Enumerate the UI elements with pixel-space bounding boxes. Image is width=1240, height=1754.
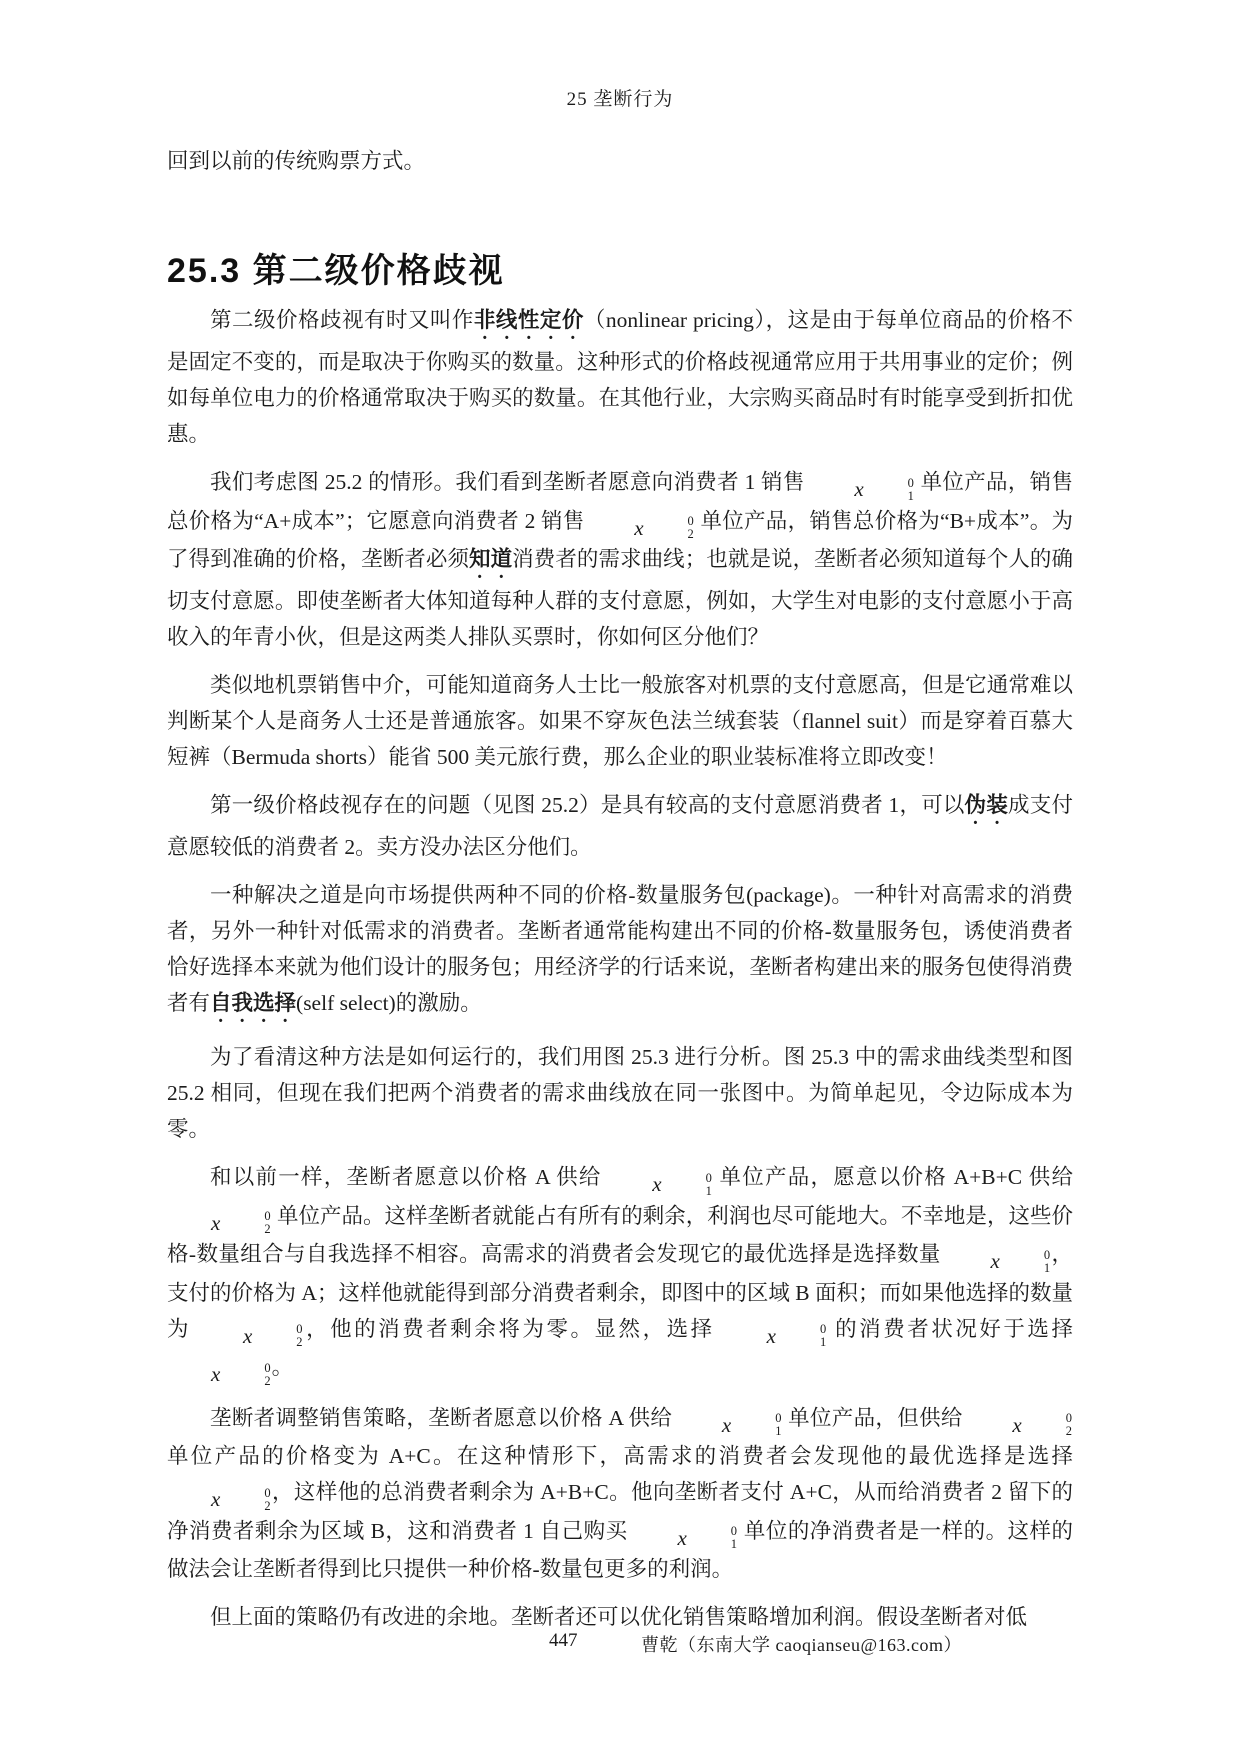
math-quantity: x02	[168, 1487, 271, 1513]
math-base: x	[168, 1364, 220, 1385]
math-subscript: 2	[221, 1500, 270, 1513]
math-base: x	[200, 1326, 252, 1347]
math-scripts: 02	[221, 1487, 270, 1513]
math-subscript: 1	[777, 1336, 826, 1349]
emphasized-term: 非线性定价	[474, 308, 584, 332]
math-superscript: 0	[777, 1323, 826, 1336]
author-credit: 曹乾（东南大学 caoqianseu@163.com）	[641, 1631, 962, 1657]
math-superscript: 0	[221, 1210, 270, 1223]
math-base: x	[679, 1415, 731, 1436]
math-superscript: 0	[1023, 1412, 1072, 1425]
math-scripts: 01	[777, 1323, 826, 1349]
emphasized-term: 知道	[469, 547, 512, 571]
math-quantity: x02	[168, 1362, 271, 1388]
text-run: 但上面的策略仍有改进的余地。垄断者还可以优化销售策略增加利润。假设垄断者对低	[210, 1605, 1027, 1629]
paragraph-6: 为了看清这种方法是如何运行的，我们用图 25.3 进行分析。图 25.3 中的需…	[167, 1039, 1073, 1147]
paragraph-3: 类似地机票销售中介，可能知道商务人士比一般旅客对机票的支付意愿高，但是它通常难以…	[167, 667, 1073, 775]
text-run: 单位产品，但供给	[782, 1406, 968, 1430]
text-run: 我们考虑图 25.2 的情形。我们看到垄断者愿意向消费者 1 销售	[210, 470, 810, 494]
text-run: 单位产品的价格变为 A+C。在这种情形下，高需求的消费者会发现他的最优选择是选择	[167, 1444, 1073, 1468]
math-superscript: 0	[663, 1172, 712, 1185]
math-superscript: 0	[1001, 1249, 1050, 1262]
math-base: x	[724, 1326, 776, 1347]
text-run: (self select)的激励。	[296, 991, 482, 1015]
math-superscript: 0	[221, 1487, 270, 1500]
math-quantity: x01	[609, 1172, 712, 1198]
paragraph-5: 一种解决之道是向市场提供两种不同的价格-数量服务包(package)。一种针对高…	[167, 877, 1073, 1027]
paragraph-8: 垄断者调整销售策略，垄断者愿意以价格 A 供给 x01 单位产品，但供给 x02…	[167, 1400, 1073, 1588]
text-run: 垄断者调整销售策略，垄断者愿意以价格 A 供给	[210, 1406, 678, 1430]
page-footer: 447 曹乾（东南大学 caoqianseu@163.com）	[167, 1630, 1073, 1660]
math-quantity: x02	[591, 515, 694, 541]
math-base: x	[168, 1213, 220, 1234]
math-subscript: 1	[1001, 1262, 1050, 1275]
text-run: 单位产品，愿意以价格 A+B+C 供给	[713, 1165, 1073, 1189]
math-subscript: 2	[253, 1336, 302, 1349]
math-superscript: 0	[732, 1412, 781, 1425]
text-run: 单位产品。这样垄断者就能占有所有的剩余，利润也尽可能地大。不幸地是，这些价格-数…	[167, 1204, 1073, 1267]
math-subscript: 1	[663, 1185, 712, 1198]
math-superscript: 0	[253, 1323, 302, 1336]
math-base: x	[969, 1415, 1021, 1436]
text-run: 和以前一样，垄断者愿意以价格 A 供给	[210, 1165, 608, 1189]
math-quantity: x01	[724, 1323, 827, 1349]
math-subscript: 1	[732, 1425, 781, 1438]
math-superscript: 0	[645, 515, 694, 528]
text-run: 第一级价格歧视存在的问题（见图 25.2）是具有较高的支付意愿消费者 1，可以	[210, 793, 965, 817]
text-run: 类似地机票销售中介，可能知道商务人士比一般旅客对机票的支付意愿高，但是它通常难以…	[167, 673, 1073, 769]
math-subscript: 2	[221, 1223, 270, 1236]
paragraph-7: 和以前一样，垄断者愿意以价格 A 供给 x01 单位产品，愿意以价格 A+B+C…	[167, 1159, 1073, 1388]
math-quantity: x01	[679, 1412, 782, 1438]
text-run: 。	[272, 1355, 294, 1379]
math-subscript: 2	[1023, 1425, 1072, 1438]
math-scripts: 01	[663, 1172, 712, 1198]
text-run: 第二级价格歧视有时又叫作	[210, 308, 474, 332]
text-run: 的消费者状况好于选择	[827, 1317, 1073, 1341]
math-quantity: x01	[811, 477, 914, 503]
emphasized-term: 自我选择	[210, 991, 296, 1015]
math-scripts: 02	[221, 1210, 270, 1236]
math-base: x	[634, 1528, 686, 1549]
math-scripts: 02	[1023, 1412, 1072, 1438]
paragraph-2: 我们考虑图 25.2 的情形。我们看到垄断者愿意向消费者 1 销售 x01 单位…	[167, 464, 1073, 655]
math-scripts: 01	[865, 477, 914, 503]
math-base: x	[948, 1251, 1000, 1272]
text-run: ，他的消费者剩余将为零。显然，选择	[304, 1317, 723, 1341]
running-header: 25 垄断行为	[0, 84, 1240, 111]
math-subscript: 1	[865, 490, 914, 503]
body-text: 第二级价格歧视有时又叫作非线性定价（nonlinear pricing），这是由…	[167, 292, 1073, 1635]
math-base: x	[609, 1174, 661, 1195]
document-page: 25 垄断行为 回到以前的传统购票方式。 25.3 第二级价格歧视 第二级价格歧…	[0, 0, 1240, 1754]
math-scripts: 02	[253, 1323, 302, 1349]
emphasized-term: 伪装	[965, 793, 1008, 817]
paragraph-1: 第二级价格歧视有时又叫作非线性定价（nonlinear pricing），这是由…	[167, 302, 1073, 452]
math-superscript: 0	[221, 1362, 270, 1375]
math-quantity: x01	[634, 1525, 737, 1551]
math-base: x	[168, 1489, 220, 1510]
math-superscript: 0	[865, 477, 914, 490]
math-scripts: 01	[1001, 1249, 1050, 1275]
math-subscript: 2	[221, 1375, 270, 1388]
page-number: 447	[549, 1630, 578, 1652]
math-quantity: x02	[168, 1210, 271, 1236]
math-subscript: 2	[645, 528, 694, 541]
math-scripts: 01	[732, 1412, 781, 1438]
math-scripts: 02	[645, 515, 694, 541]
math-scripts: 02	[221, 1362, 270, 1388]
math-scripts: 01	[688, 1525, 737, 1551]
math-base: x	[591, 518, 643, 539]
section-heading: 25.3 第二级价格歧视	[167, 243, 1073, 292]
math-quantity: x02	[969, 1412, 1072, 1438]
math-quantity: x01	[948, 1249, 1051, 1275]
paragraph-4: 第一级价格歧视存在的问题（见图 25.2）是具有较高的支付意愿消费者 1，可以伪…	[167, 787, 1073, 865]
carryover-line: 回到以前的传统购票方式。	[167, 148, 1073, 174]
text-run: 为了看清这种方法是如何运行的，我们用图 25.3 进行分析。图 25.3 中的需…	[167, 1045, 1073, 1141]
math-superscript: 0	[688, 1525, 737, 1538]
math-quantity: x02	[200, 1323, 303, 1349]
math-subscript: 1	[688, 1538, 737, 1551]
math-base: x	[811, 479, 863, 500]
